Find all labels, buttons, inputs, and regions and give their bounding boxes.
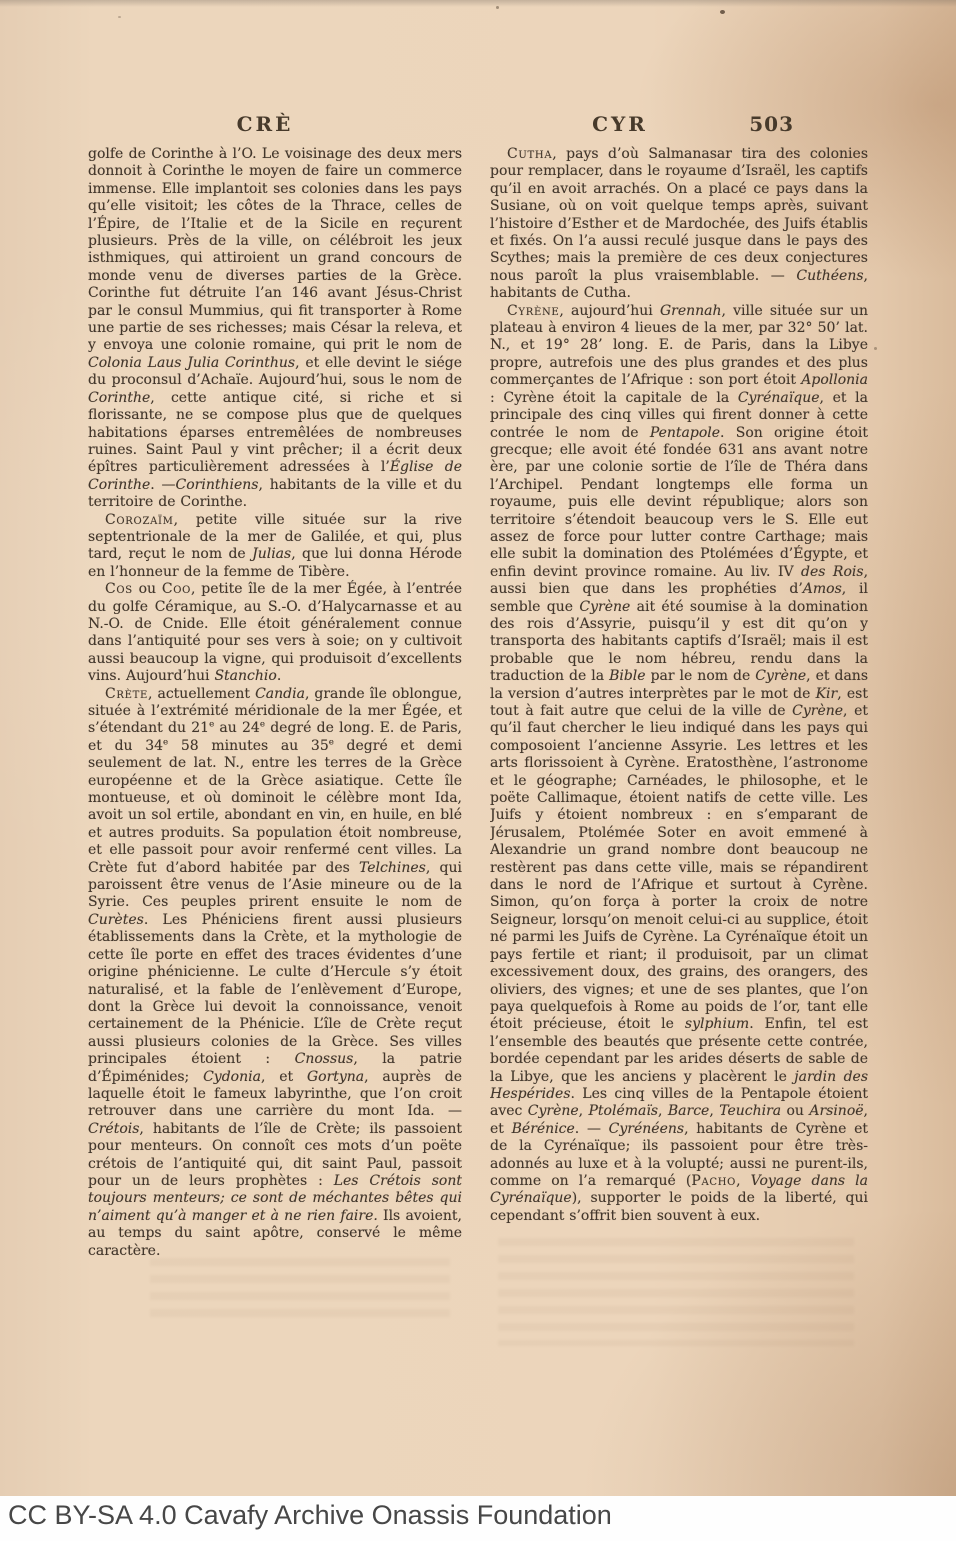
book-page: CRÈ CYR 503 golfe de Corinthe à l’O. Le … bbox=[0, 0, 956, 1541]
entry-cutha: Cutha, pays d’où Salmanasar tira des col… bbox=[490, 146, 868, 303]
running-head-left: CRÈ bbox=[200, 112, 330, 136]
text-column-right: Cutha, pays d’où Salmanasar tira des col… bbox=[490, 146, 868, 1346]
license-caption: CC BY-SA 4.0 Cavafy Archive Onassis Foun… bbox=[8, 1500, 612, 1531]
page-number: 503 bbox=[722, 112, 794, 136]
paper-speck bbox=[720, 10, 725, 14]
text-column-left: golfe de Corinthe à l’O. Le voisinage de… bbox=[88, 146, 462, 1346]
entry-cyrene: Cyrène, aujourd’hui Grennah, ville situé… bbox=[490, 303, 868, 1226]
entry-cos: Cos ou Coo, petite île de la mer Égée, à… bbox=[88, 581, 462, 685]
license-strip: CC BY-SA 4.0 Cavafy Archive Onassis Foun… bbox=[0, 1496, 956, 1541]
book-page-scan: CRÈ CYR 503 golfe de Corinthe à l’O. Le … bbox=[0, 0, 956, 1496]
paper-speck bbox=[840, 878, 843, 881]
paper-speck bbox=[118, 16, 121, 18]
entry-corozaim: Corozaïm, petite ville située sur la riv… bbox=[88, 512, 462, 582]
paper-speck bbox=[496, 6, 499, 9]
entry-crete: Crète, actuellement Candia, grande île o… bbox=[88, 686, 462, 1260]
entry-corinthe-continuation: golfe de Corinthe à l’O. Le voisinage de… bbox=[88, 146, 462, 512]
running-head-right: CYR bbox=[560, 112, 680, 136]
ink-bleedthrough bbox=[498, 1238, 854, 1346]
ink-bleedthrough bbox=[150, 1258, 450, 1320]
paper-speck bbox=[874, 347, 877, 350]
